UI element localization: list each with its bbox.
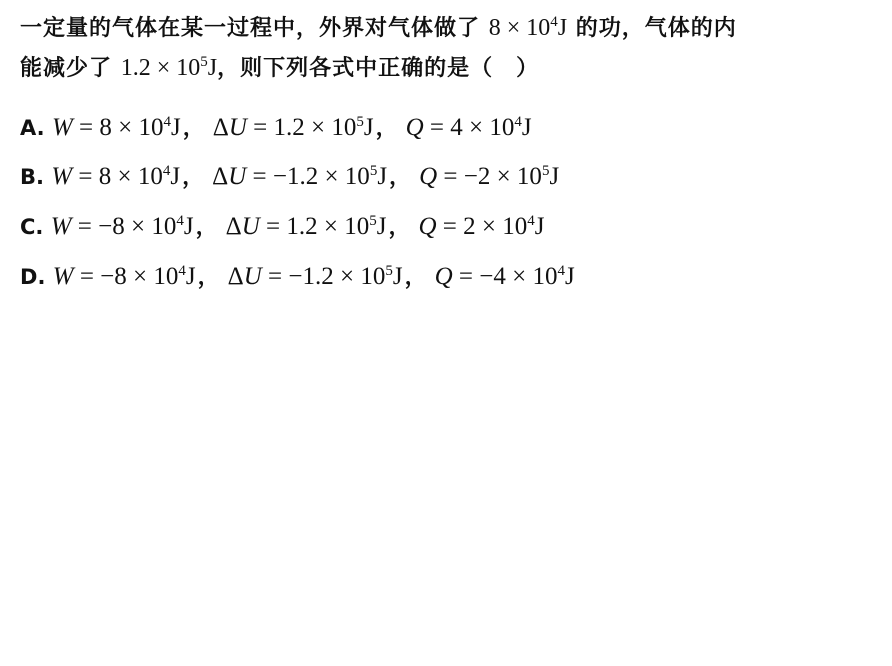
option-a[interactable]: A. W = 8 × 104J，ΔU = 1.2 × 105J，Q = 4 × …: [20, 108, 532, 148]
stem-text: 的功，气体的内: [567, 15, 737, 41]
stem-text: ，则下列各式中正确的是（ ）: [217, 55, 539, 81]
math-energy: 1.2 × 105J: [121, 55, 217, 81]
stem-text: 能减少了: [20, 55, 112, 81]
stem-text: 一定量的气体在某一过程中，外界对气体做了: [20, 15, 480, 41]
option-label: A: [20, 116, 37, 140]
option-label: B: [20, 165, 36, 189]
option-label: C: [20, 215, 35, 239]
option-label: D: [20, 265, 37, 289]
math-work: 8 × 104J: [489, 15, 567, 41]
question-stem: 一定量的气体在某一过程中，外界对气体做了 8 × 104J 的功，气体的内 能减…: [20, 8, 880, 88]
option-c[interactable]: C. W = −8 × 104J，ΔU = 1.2 × 105J，Q = 2 ×…: [20, 207, 544, 247]
option-d[interactable]: D. W = −8 × 104J，ΔU = −1.2 × 105J，Q = −4…: [20, 257, 575, 297]
option-b[interactable]: B. W = 8 × 104J，ΔU = −1.2 × 105J，Q = −2 …: [20, 157, 559, 197]
